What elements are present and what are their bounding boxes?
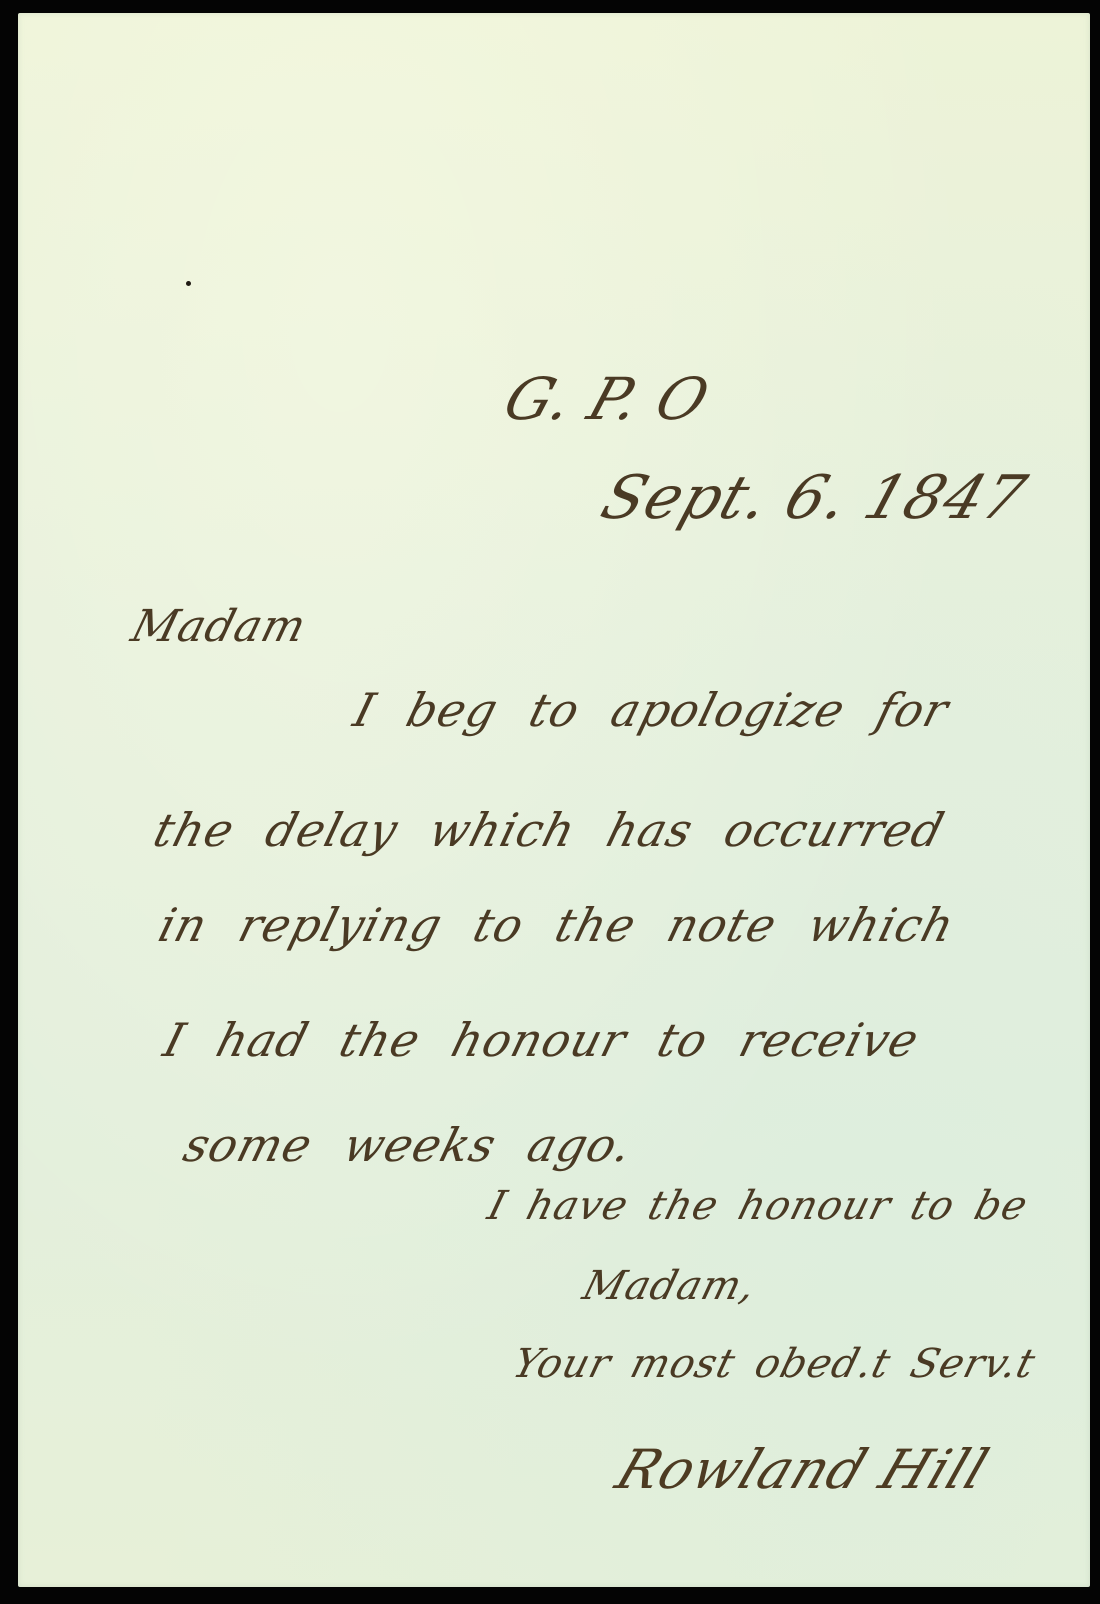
body-line: in replying to the note which [153,898,961,952]
closing-line: I have the honour to be [483,1183,1033,1229]
body-line: I beg to apologize for [348,683,955,737]
closing-line: Your most obed.t Serv.t [508,1341,1041,1387]
body-line: I had the honour to receive [158,1013,925,1067]
closing-line: Madam, [578,1263,761,1309]
signature: Rowland Hill [608,1438,997,1501]
letter-heading: G. P. O [496,365,718,433]
body-line: the delay which has occurred [148,803,950,857]
letter-paper: G. P. O Sept. 6. 1847 Madam I beg to apo… [18,13,1090,1587]
body-line: some weeks ago. [178,1118,639,1172]
ink-spot [186,281,191,286]
letter-salutation: Madam [126,601,312,652]
letter-date: Sept. 6. 1847 [593,463,1035,533]
